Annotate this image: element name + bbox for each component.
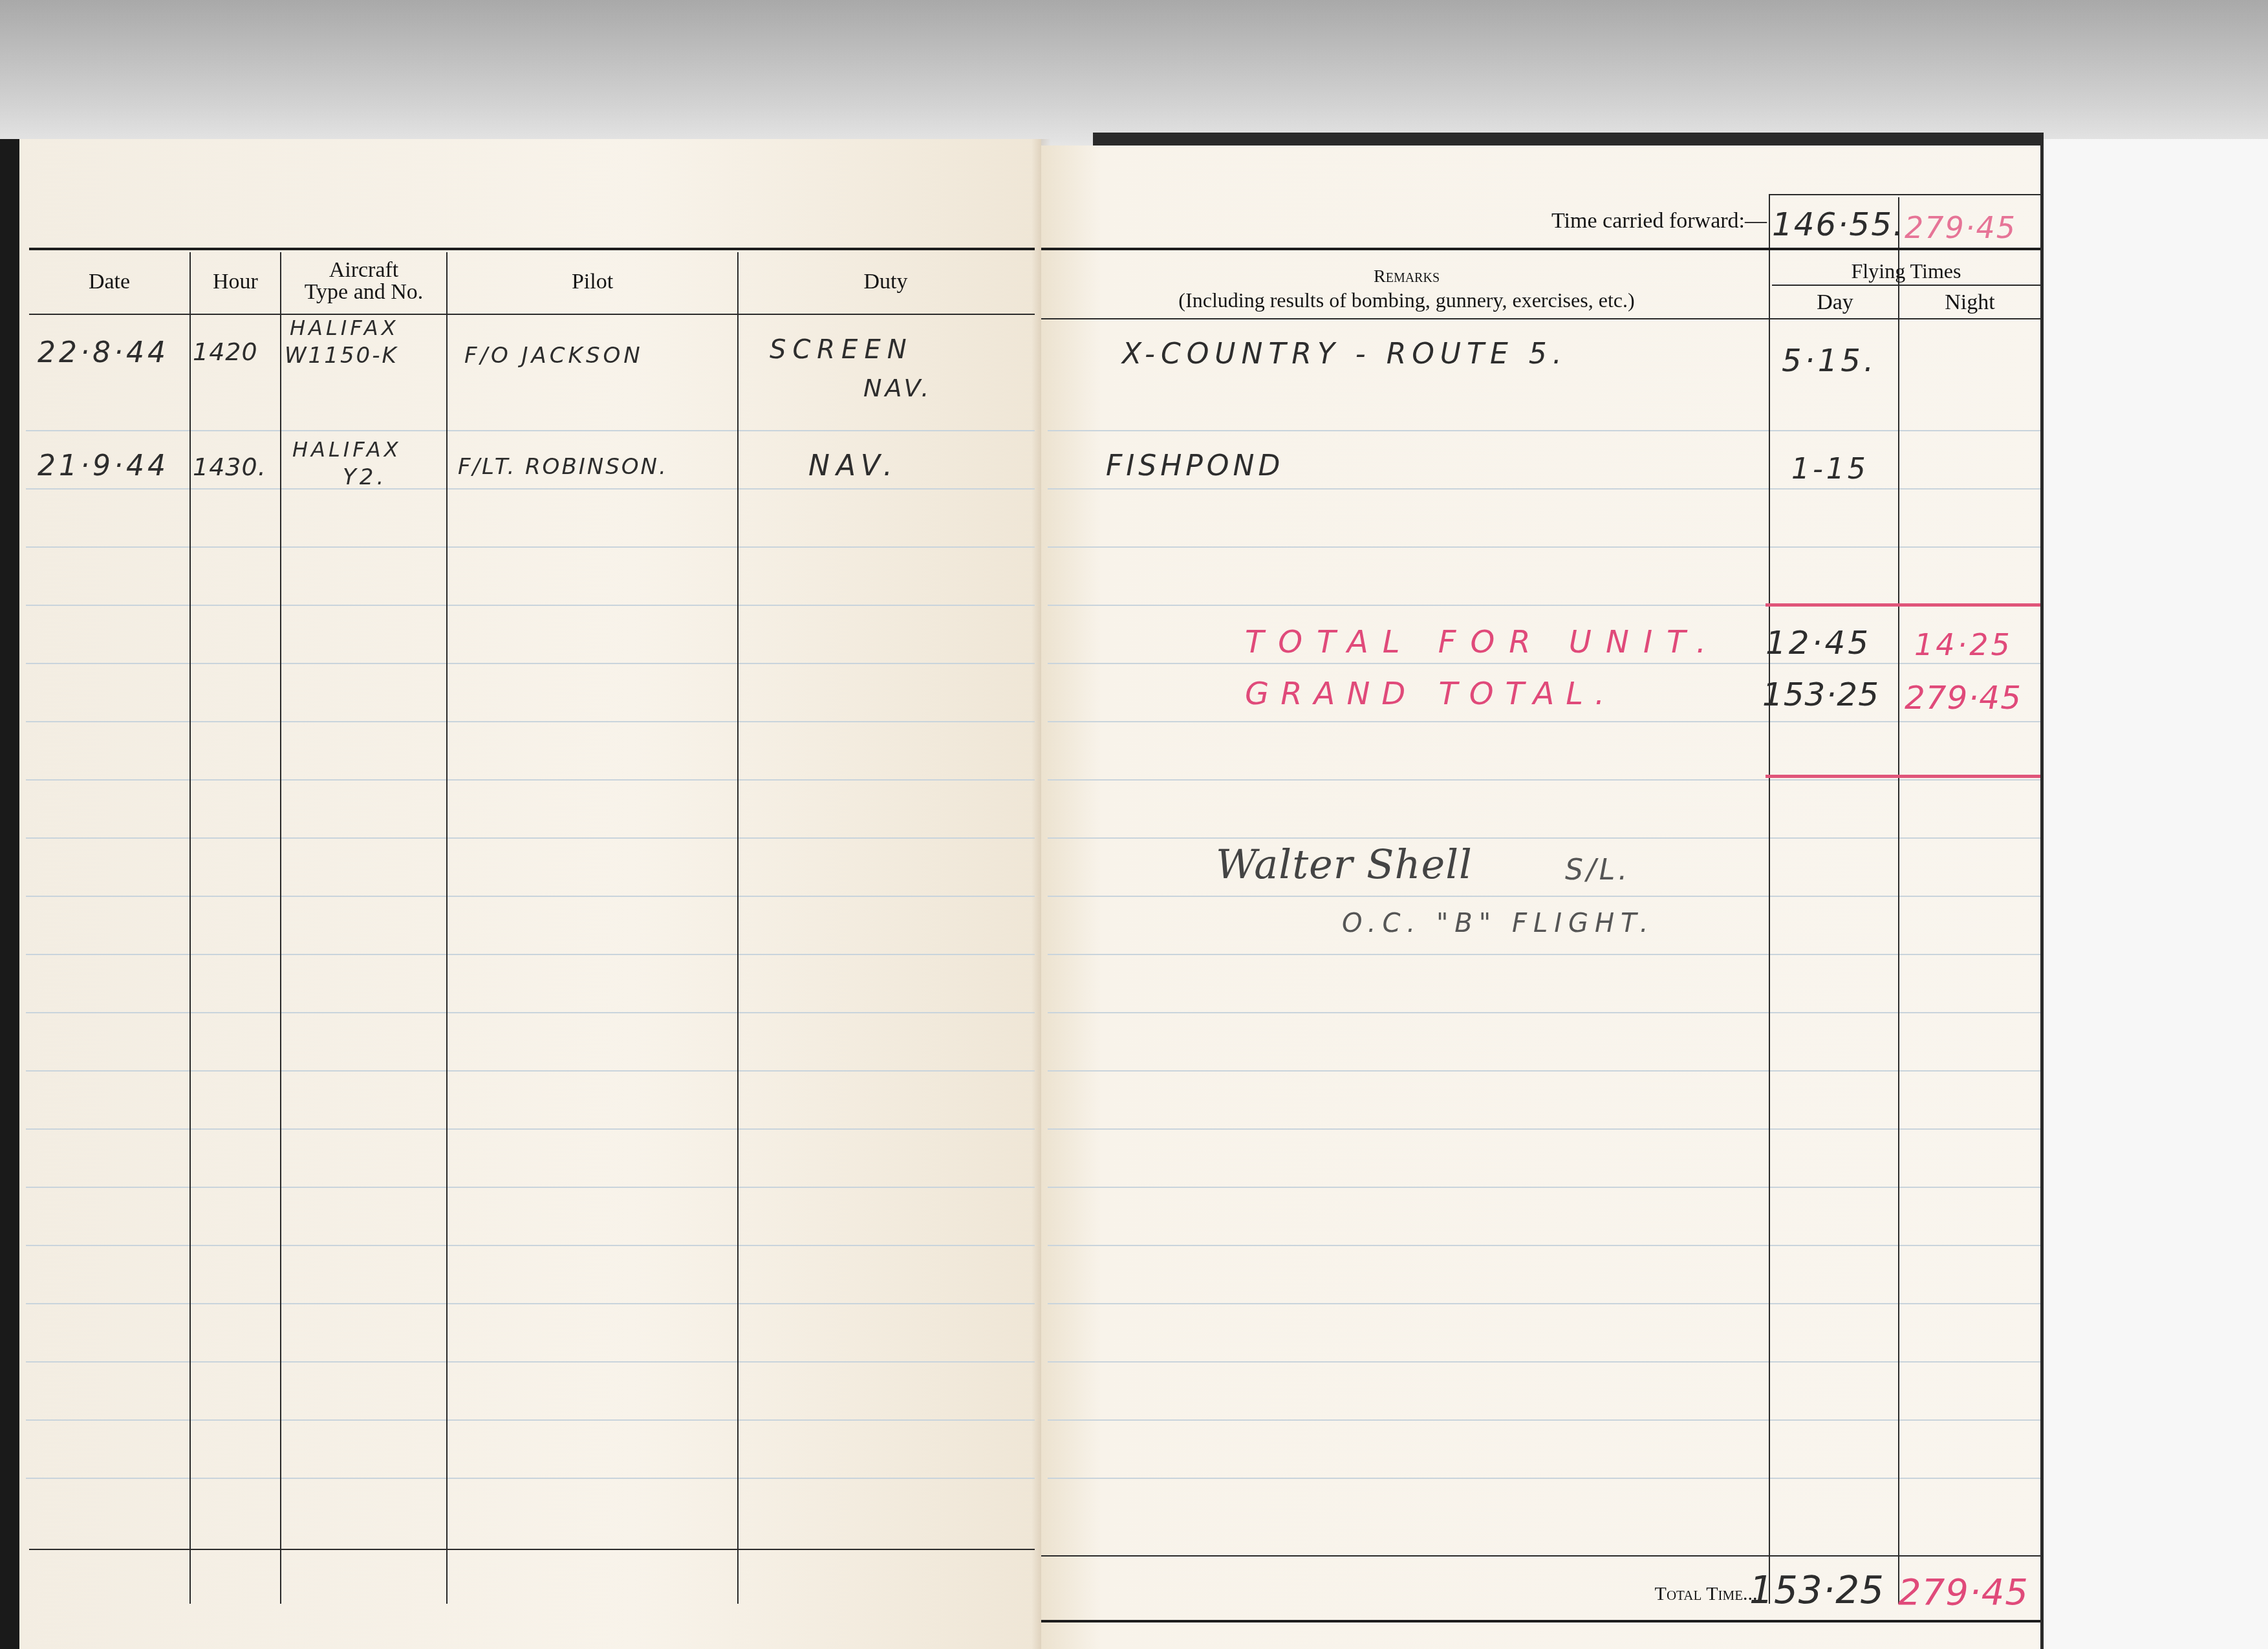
col-divider-aircraft-pilot	[446, 252, 448, 1604]
entry-duty: NAV.	[808, 449, 899, 482]
total-time-day: 153·25	[1749, 1568, 1885, 1612]
entry-hour: 1420	[193, 338, 258, 366]
right-header-top-border	[1041, 248, 2040, 250]
total-time-night: 279·45	[1898, 1571, 2029, 1613]
totals-red-rule	[1766, 603, 2040, 607]
column-header-date: Date	[29, 270, 189, 294]
col-divider-pilot-duty	[737, 252, 739, 1604]
logbook-right-page	[1041, 145, 2040, 1649]
entry-aircraft-no: W1150-K	[285, 343, 398, 369]
col-divider-date-hour	[189, 252, 191, 1604]
entry-day-time: 1-15	[1791, 453, 1869, 486]
col-divider-hour-aircraft	[280, 252, 281, 1604]
column-header-flying-times: Flying Times	[1772, 259, 2040, 283]
total-for-unit-night: 14·25	[1914, 627, 2013, 662]
carried-forward-divider-left	[1769, 194, 1770, 1604]
signature: Walter Shell	[1216, 841, 1473, 888]
left-footer-border	[29, 1549, 1035, 1550]
right-footer-bottom-border	[1041, 1620, 2040, 1622]
column-header-hour: Hour	[191, 270, 280, 294]
grand-total-red-rule	[1766, 775, 2040, 778]
total-for-unit-label: TOTAL FOR UNIT.	[1245, 624, 1720, 660]
entry-aircraft-no: Y2.	[343, 464, 387, 490]
entry-date: 22·8·44	[38, 336, 169, 369]
total-for-unit-day: 12·45	[1766, 624, 1871, 662]
left-header-top-border	[29, 248, 1035, 250]
entry-date: 21·9·44	[38, 449, 169, 482]
carried-forward-night: 279·45	[1905, 210, 2016, 245]
signatory-title: O.C. "B" FLIGHT.	[1342, 909, 1654, 938]
entry-hour: 1430.	[193, 453, 266, 481]
column-header-day: Day	[1772, 291, 1898, 314]
right-header-bottom-border	[1041, 318, 2040, 319]
entry-aircraft-type: HALIFAX	[290, 316, 399, 340]
carried-forward-day: 146·55.	[1772, 206, 1905, 243]
right-footer-border	[1041, 1555, 2040, 1557]
carried-forward-top-border	[1769, 194, 2040, 195]
entry-duty: SCREEN	[770, 335, 913, 365]
total-time-label: Total Time....	[1487, 1582, 1762, 1606]
grand-total-label: GRAND TOTAL.	[1245, 676, 1616, 712]
grand-total-night: 279·45	[1905, 679, 2022, 717]
entry-pilot: F/O JACKSON	[464, 343, 643, 369]
column-header-night: Night	[1899, 291, 2040, 314]
flying-times-subheader-border	[1772, 285, 2040, 286]
entry-remarks: FISHPOND	[1106, 449, 1284, 482]
entry-aircraft-type: HALIFAX	[292, 437, 402, 462]
column-header-duty: Duty	[739, 270, 1033, 294]
entry-remarks: X-COUNTRY - ROUTE 5.	[1122, 338, 1568, 371]
signature-rank: S/L.	[1565, 854, 1630, 887]
column-header-pilot: Pilot	[448, 270, 737, 294]
entry-day-time: 5·15.	[1782, 343, 1877, 379]
time-carried-forward-label: Time carried forward:—	[1423, 210, 1767, 233]
grand-total-day: 153·25	[1762, 676, 1879, 713]
day-night-divider	[1898, 197, 1899, 1604]
book-cover-edge	[0, 139, 19, 1649]
scan-background	[2044, 139, 2268, 1649]
left-header-bottom-border	[29, 314, 1035, 315]
entry-pilot: F/LT. ROBINSON.	[458, 454, 668, 480]
